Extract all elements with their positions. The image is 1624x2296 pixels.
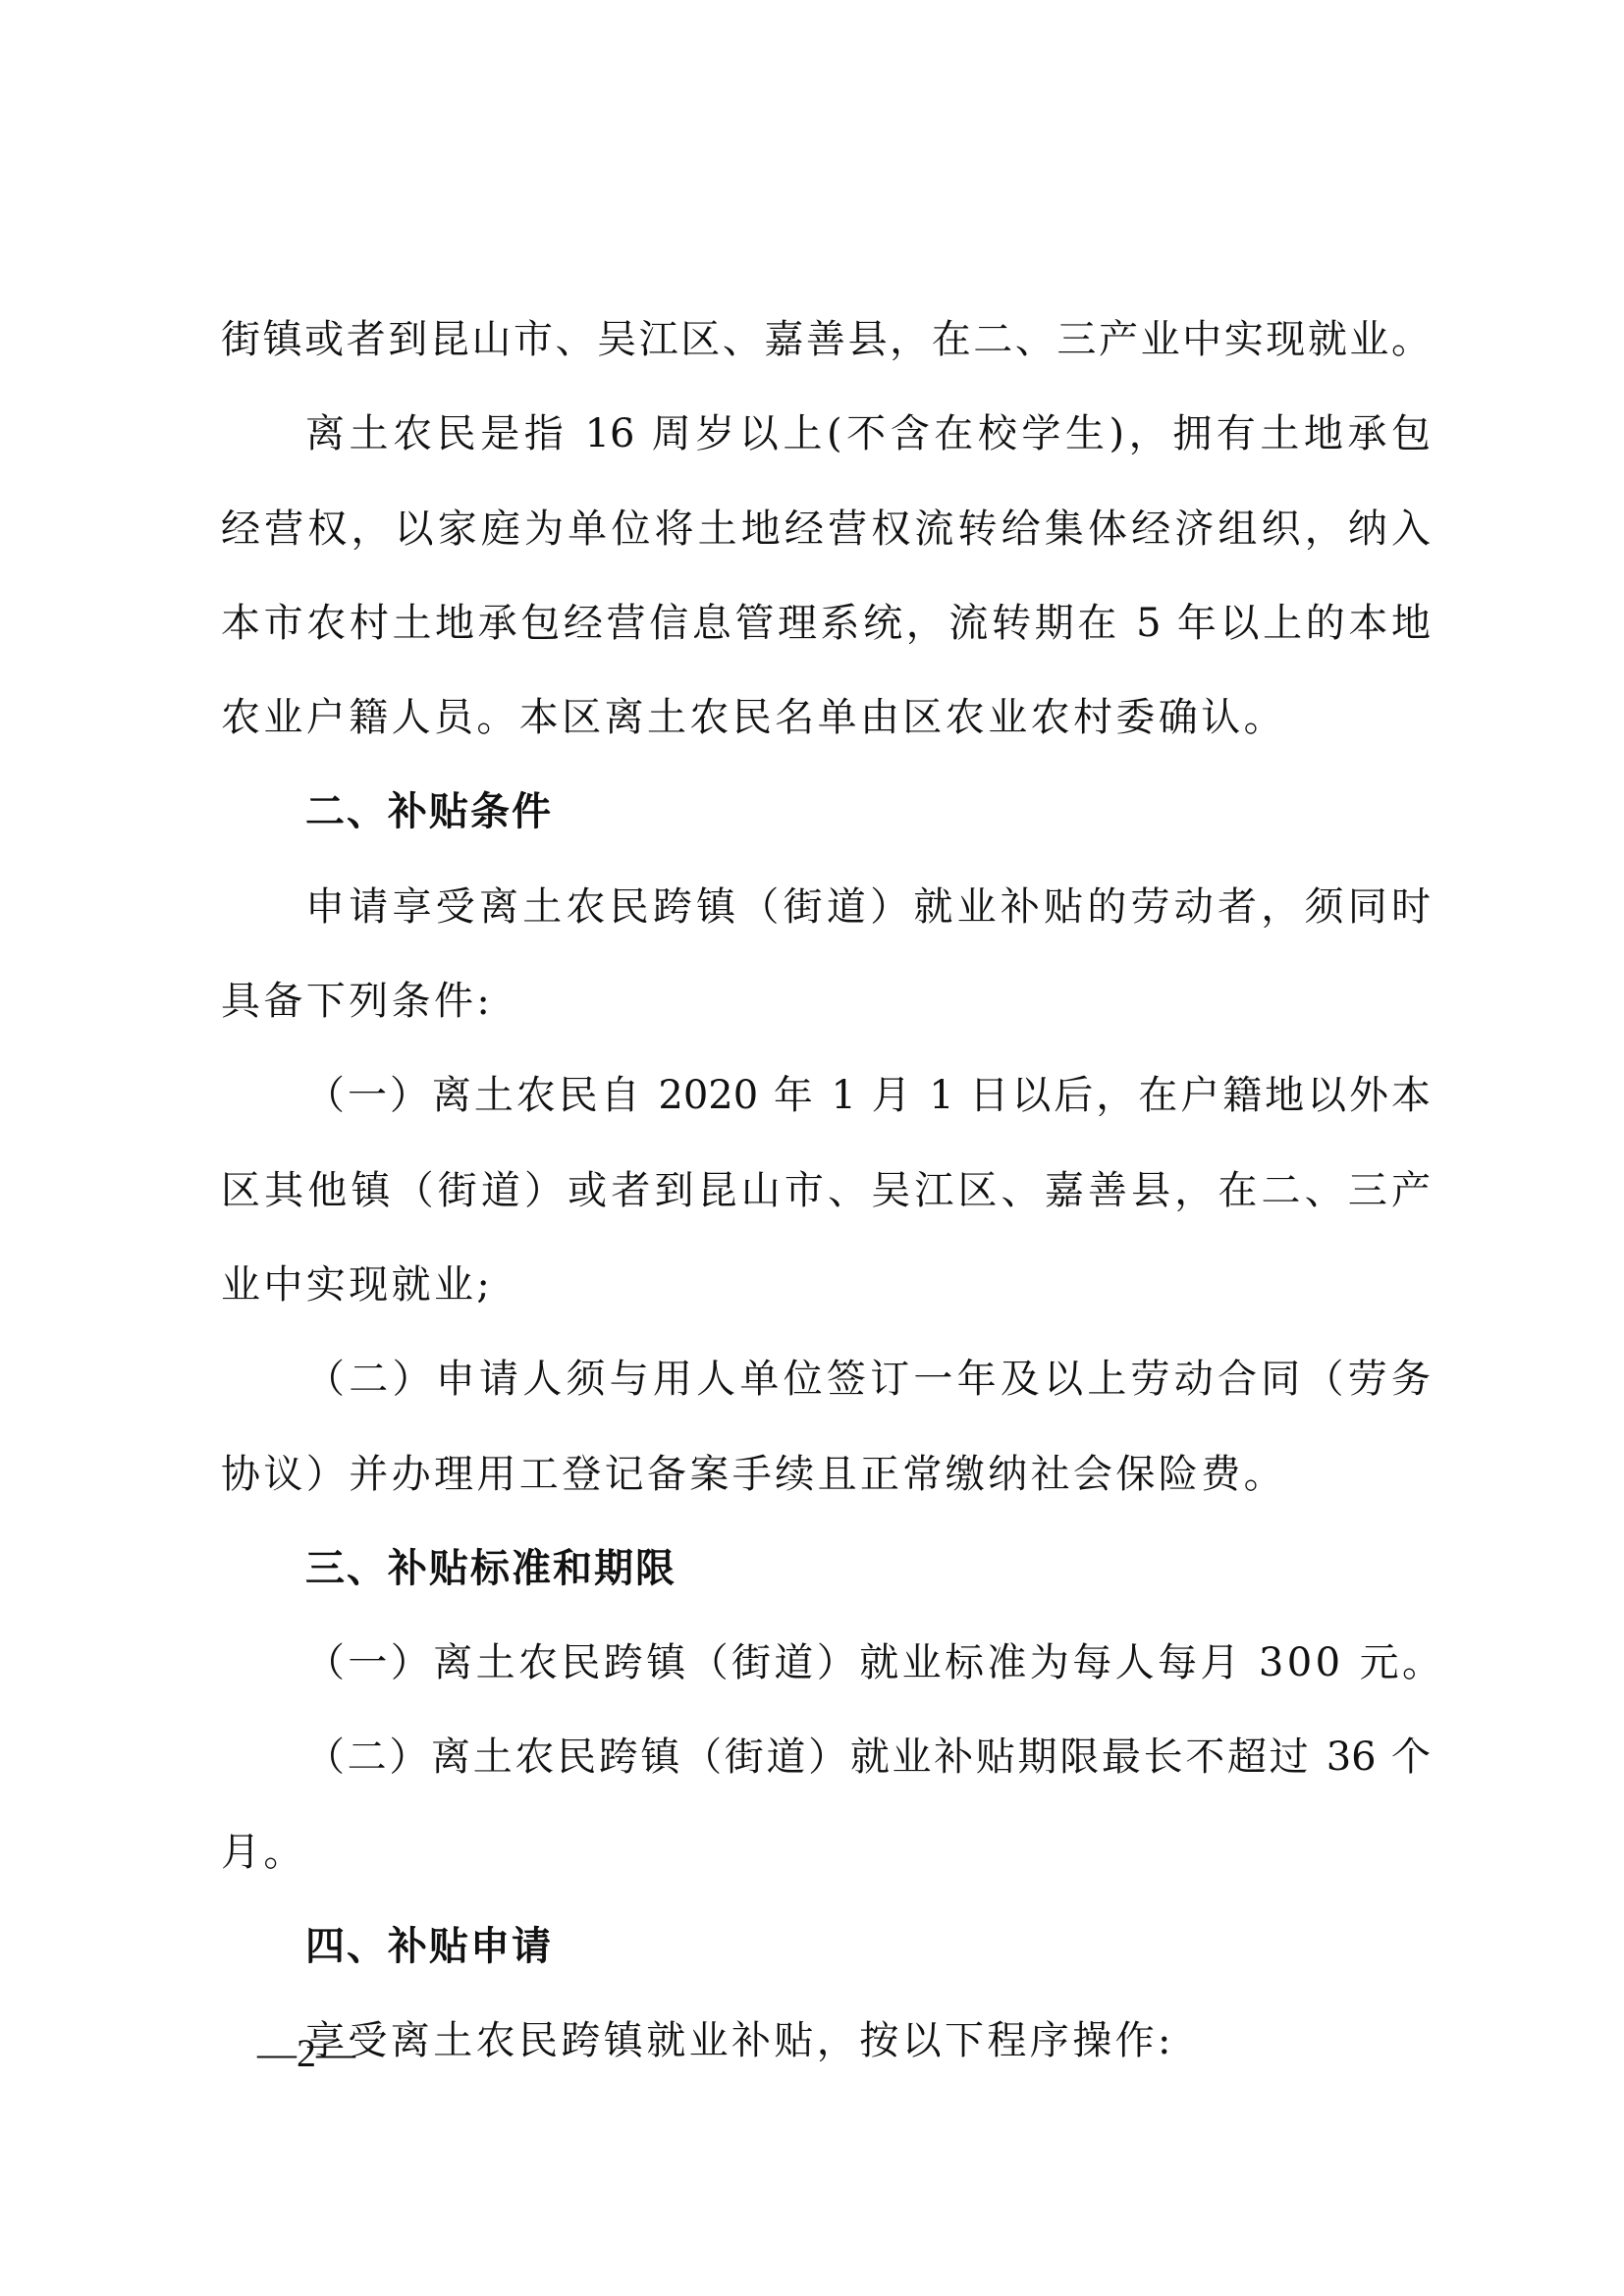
paragraph-line: 街镇或者到昆山市、吴江区、嘉善县，在二、三产业中实现就业。 [221,293,1431,387]
paragraph-line: 区其他镇（街道）或者到昆山市、吴江区、嘉善县，在二、三产 [221,1144,1431,1238]
paragraph-line: 享受离土农民跨镇就业补贴，按以下程序操作: [221,1994,1431,2088]
paragraph-line: （一）离土农民自 2020 年 1 月 1 日以后，在户籍地以外本 [221,1048,1431,1143]
paragraph-line: 经营权，以家庭为单位将土地经营权流转给集体经济组织，纳入 [221,482,1431,576]
paragraph-line: 申请享受离土农民跨镇（街道）就业补贴的劳动者，须同时 [221,860,1431,954]
paragraph-line: （二）离土农民跨镇（街道）就业补贴期限最长不超过 36 个 [221,1710,1431,1804]
section-heading: 二、补贴条件 [221,765,1431,859]
document-body: 街镇或者到昆山市、吴江区、嘉善县，在二、三产业中实现就业。 离土农民是指 16 … [221,293,1431,2089]
paragraph-line: （一）离土农民跨镇（街道）就业标准为每人每月 300 元。 [221,1616,1431,1710]
paragraph-line: 离土农民是指 16 周岁以上(不含在校学生)，拥有土地承包 [221,387,1431,481]
section-heading: 三、补贴标准和期限 [221,1522,1431,1616]
paragraph-line: 本市农村土地承包经营信息管理系统，流转期在 5 年以上的本地 [221,576,1431,670]
paragraph-line: 协议）并办理用工登记备案手续且正常缴纳社会保险费。 [221,1427,1431,1522]
page-number: —2— [257,2030,355,2076]
paragraph-line: 农业户籍人员。本区离土农民名单由区农业农村委确认。 [221,670,1431,765]
section-heading: 四、补贴申请 [221,1899,1431,1994]
paragraph-line: （二）申请人须与用人单位签订一年及以上劳动合同（劳务 [221,1332,1431,1426]
paragraph-line: 月。 [221,1805,1431,1899]
paragraph-line: 业中实现就业; [221,1238,1431,1332]
paragraph-line: 具备下列条件: [221,954,1431,1048]
